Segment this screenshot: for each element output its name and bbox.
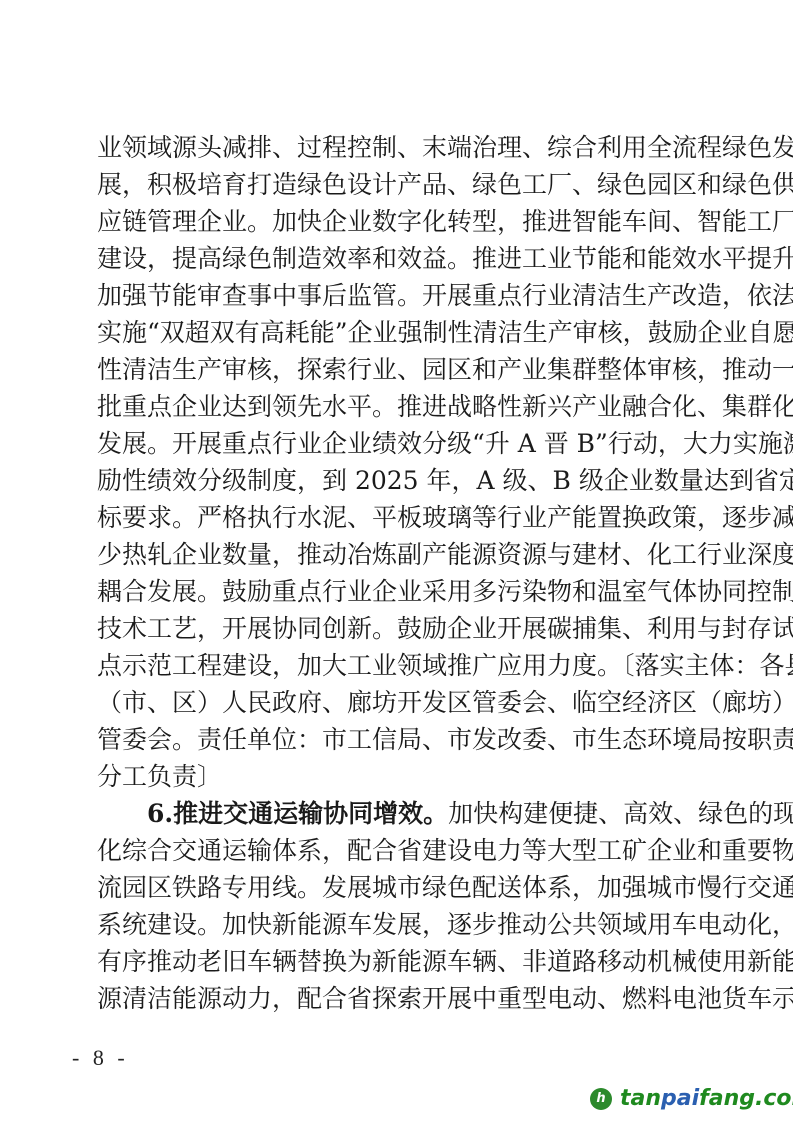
text-line: 化综合交通运输体系，配合省建设电力等大型工矿企业和重要物	[97, 832, 707, 869]
text-line: 系统建设。加快新能源车发展，逐步推动公共领域用车电动化，	[97, 906, 707, 943]
text-line: 实施“双超双有高耗能”企业强制性清洁生产审核，鼓励企业自愿	[97, 314, 707, 351]
text-line: （市、区）人民政府、廊坊开发区管委会、临空经济区（廊坊）	[97, 684, 707, 721]
text-line: 加强节能审查事中事后监管。开展重点行业清洁生产改造，依法	[97, 277, 707, 314]
text-line: 流园区铁路专用线。发展城市绿色配送体系，加强城市慢行交通	[97, 869, 707, 906]
text-line: 发展。开展重点行业企业绩效分级“升 A 晋 B”行动，大力实施激	[97, 425, 707, 462]
text-line: 耦合发展。鼓励重点行业企业采用多污染物和温室气体协同控制	[97, 573, 707, 610]
text-line: 应链管理企业。加快企业数字化转型，推进智能车间、智能工厂	[97, 203, 707, 240]
text-line: 点示范工程建设，加大工业领域推广应用力度。〔落实主体：各县	[97, 647, 707, 684]
section-text: 加快构建便捷、高效、绿色的现代	[448, 799, 793, 828]
text-line: 展，积极培育打造绿色设计产品、绿色工厂、绿色园区和绿色供	[97, 166, 707, 203]
watermark: h tanpaifang.com	[590, 1086, 793, 1111]
text-line: 励性绩效分级制度，到 2025 年，A 级、B 级企业数量达到省定目	[97, 462, 707, 499]
text-line: 分工负责〕	[97, 758, 707, 795]
text-line: 性清洁生产审核，探索行业、园区和产业集群整体审核，推动一	[97, 351, 707, 388]
section-6-first-line: 6.推进交通运输协同增效。加快构建便捷、高效、绿色的现代	[97, 795, 707, 832]
text-line: 批重点企业达到领先水平。推进战略性新兴产业融合化、集群化	[97, 388, 707, 425]
watermark-text: tanpaifang.com	[620, 1086, 793, 1111]
text-line: 建设，提高绿色制造效率和效益。推进工业节能和能效水平提升，	[97, 240, 707, 277]
page-number: - 8 -	[72, 1045, 129, 1071]
text-line: 管委会。责任单位：市工信局、市发改委、市生态环境局按职责	[97, 721, 707, 758]
text-line: 技术工艺，开展协同创新。鼓励企业开展碳捕集、利用与封存试	[97, 610, 707, 647]
document-page: 业领域源头减排、过程控制、末端治理、综合利用全流程绿色发 展，积极培育打造绿色设…	[0, 0, 793, 1121]
text-line: 有序推动老旧车辆替换为新能源车辆、非道路移动机械使用新能	[97, 943, 707, 980]
body-text: 业领域源头减排、过程控制、末端治理、综合利用全流程绿色发 展，积极培育打造绿色设…	[97, 129, 707, 1017]
text-line: 业领域源头减排、过程控制、末端治理、综合利用全流程绿色发	[97, 129, 707, 166]
leaf-logo-icon: h	[590, 1088, 612, 1110]
section-heading: 6.推进交通运输协同增效。	[147, 799, 448, 828]
text-line: 少热轧企业数量，推动冶炼副产能源资源与建材、化工行业深度	[97, 536, 707, 573]
text-line: 标要求。严格执行水泥、平板玻璃等行业产能置换政策，逐步减	[97, 499, 707, 536]
text-line: 源清洁能源动力，配合省探索开展中重型电动、燃料电池货车示	[97, 980, 707, 1017]
